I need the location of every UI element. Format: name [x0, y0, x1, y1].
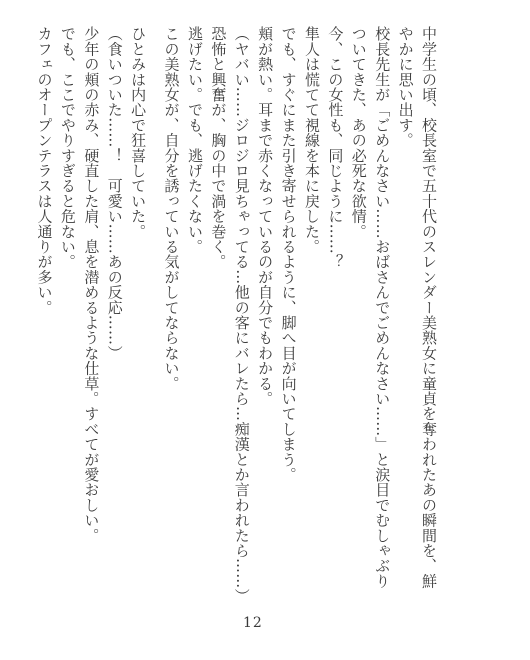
vertical-text-area: 中学生の頃、校長室で五十代のスレンダー美熟女に童貞を奪われたあの瞬間を、鮮やかに… [32, 26, 440, 598]
paragraph-line: 中学生の頃、校長室で五十代のスレンダー美熟女に童貞を奪われたあの瞬間を、鮮やかに… [393, 26, 440, 598]
paragraph-line: （ヤバい……ジロジロ見ちゃってる…他の客にバレたら…痴漢とか言われたら……） [229, 26, 252, 598]
paragraph-line: 今、この女性も、同じように……？ [323, 26, 346, 598]
paragraph-line: 隼人は慌てて視線を本に戻した。 [300, 26, 323, 598]
paragraph-line: カフェのオープンテラスは人通りが多い。 [32, 26, 55, 598]
paragraph-line: 頬が熱い。耳まで赤くなっているのが自分でもわかる。 [253, 26, 276, 598]
paragraph-line: 逃げたい。でも、逃げたくない。 [183, 26, 206, 598]
novel-page: 中学生の頃、校長室で五十代のスレンダー美熟女に童貞を奪われたあの瞬間を、鮮やかに… [0, 0, 530, 660]
scene-block-1: 中学生の頃、校長室で五十代のスレンダー美熟女に童貞を奪われたあの瞬間を、鮮やかに… [159, 26, 440, 598]
paragraph-line: でも、すぐにまた引き寄せられるように、脚へ目が向いてしまう。 [276, 26, 299, 598]
paragraph-line: でも、ここでやりすぎると危ない。 [56, 26, 79, 598]
paragraph-line: （食いついた……！ 可愛い……あの反応……） [102, 26, 125, 598]
paragraph-line: 校長先生が「ごめんなさい……おばさんでごめんなさい……」と涙目でむしゃぶりついて… [346, 26, 393, 598]
paragraph-line: この美熟女が、自分を誘っている気がしてならない。 [159, 26, 182, 598]
paragraph-line: 恐怖と興奮が、胸の中で渦を巻く。 [206, 26, 229, 598]
paragraph-line: ひとみは内心で狂喜していた。 [126, 26, 149, 598]
scene-block-2: ひとみは内心で狂喜していた。 （食いついた……！ 可愛い……あの反応……） 少年… [32, 26, 149, 598]
page-number: 12 [243, 615, 263, 631]
paragraph-line: 少年の頬の赤み、硬直した肩、息を潜めるような仕草。すべてが愛おしい。 [79, 26, 102, 598]
